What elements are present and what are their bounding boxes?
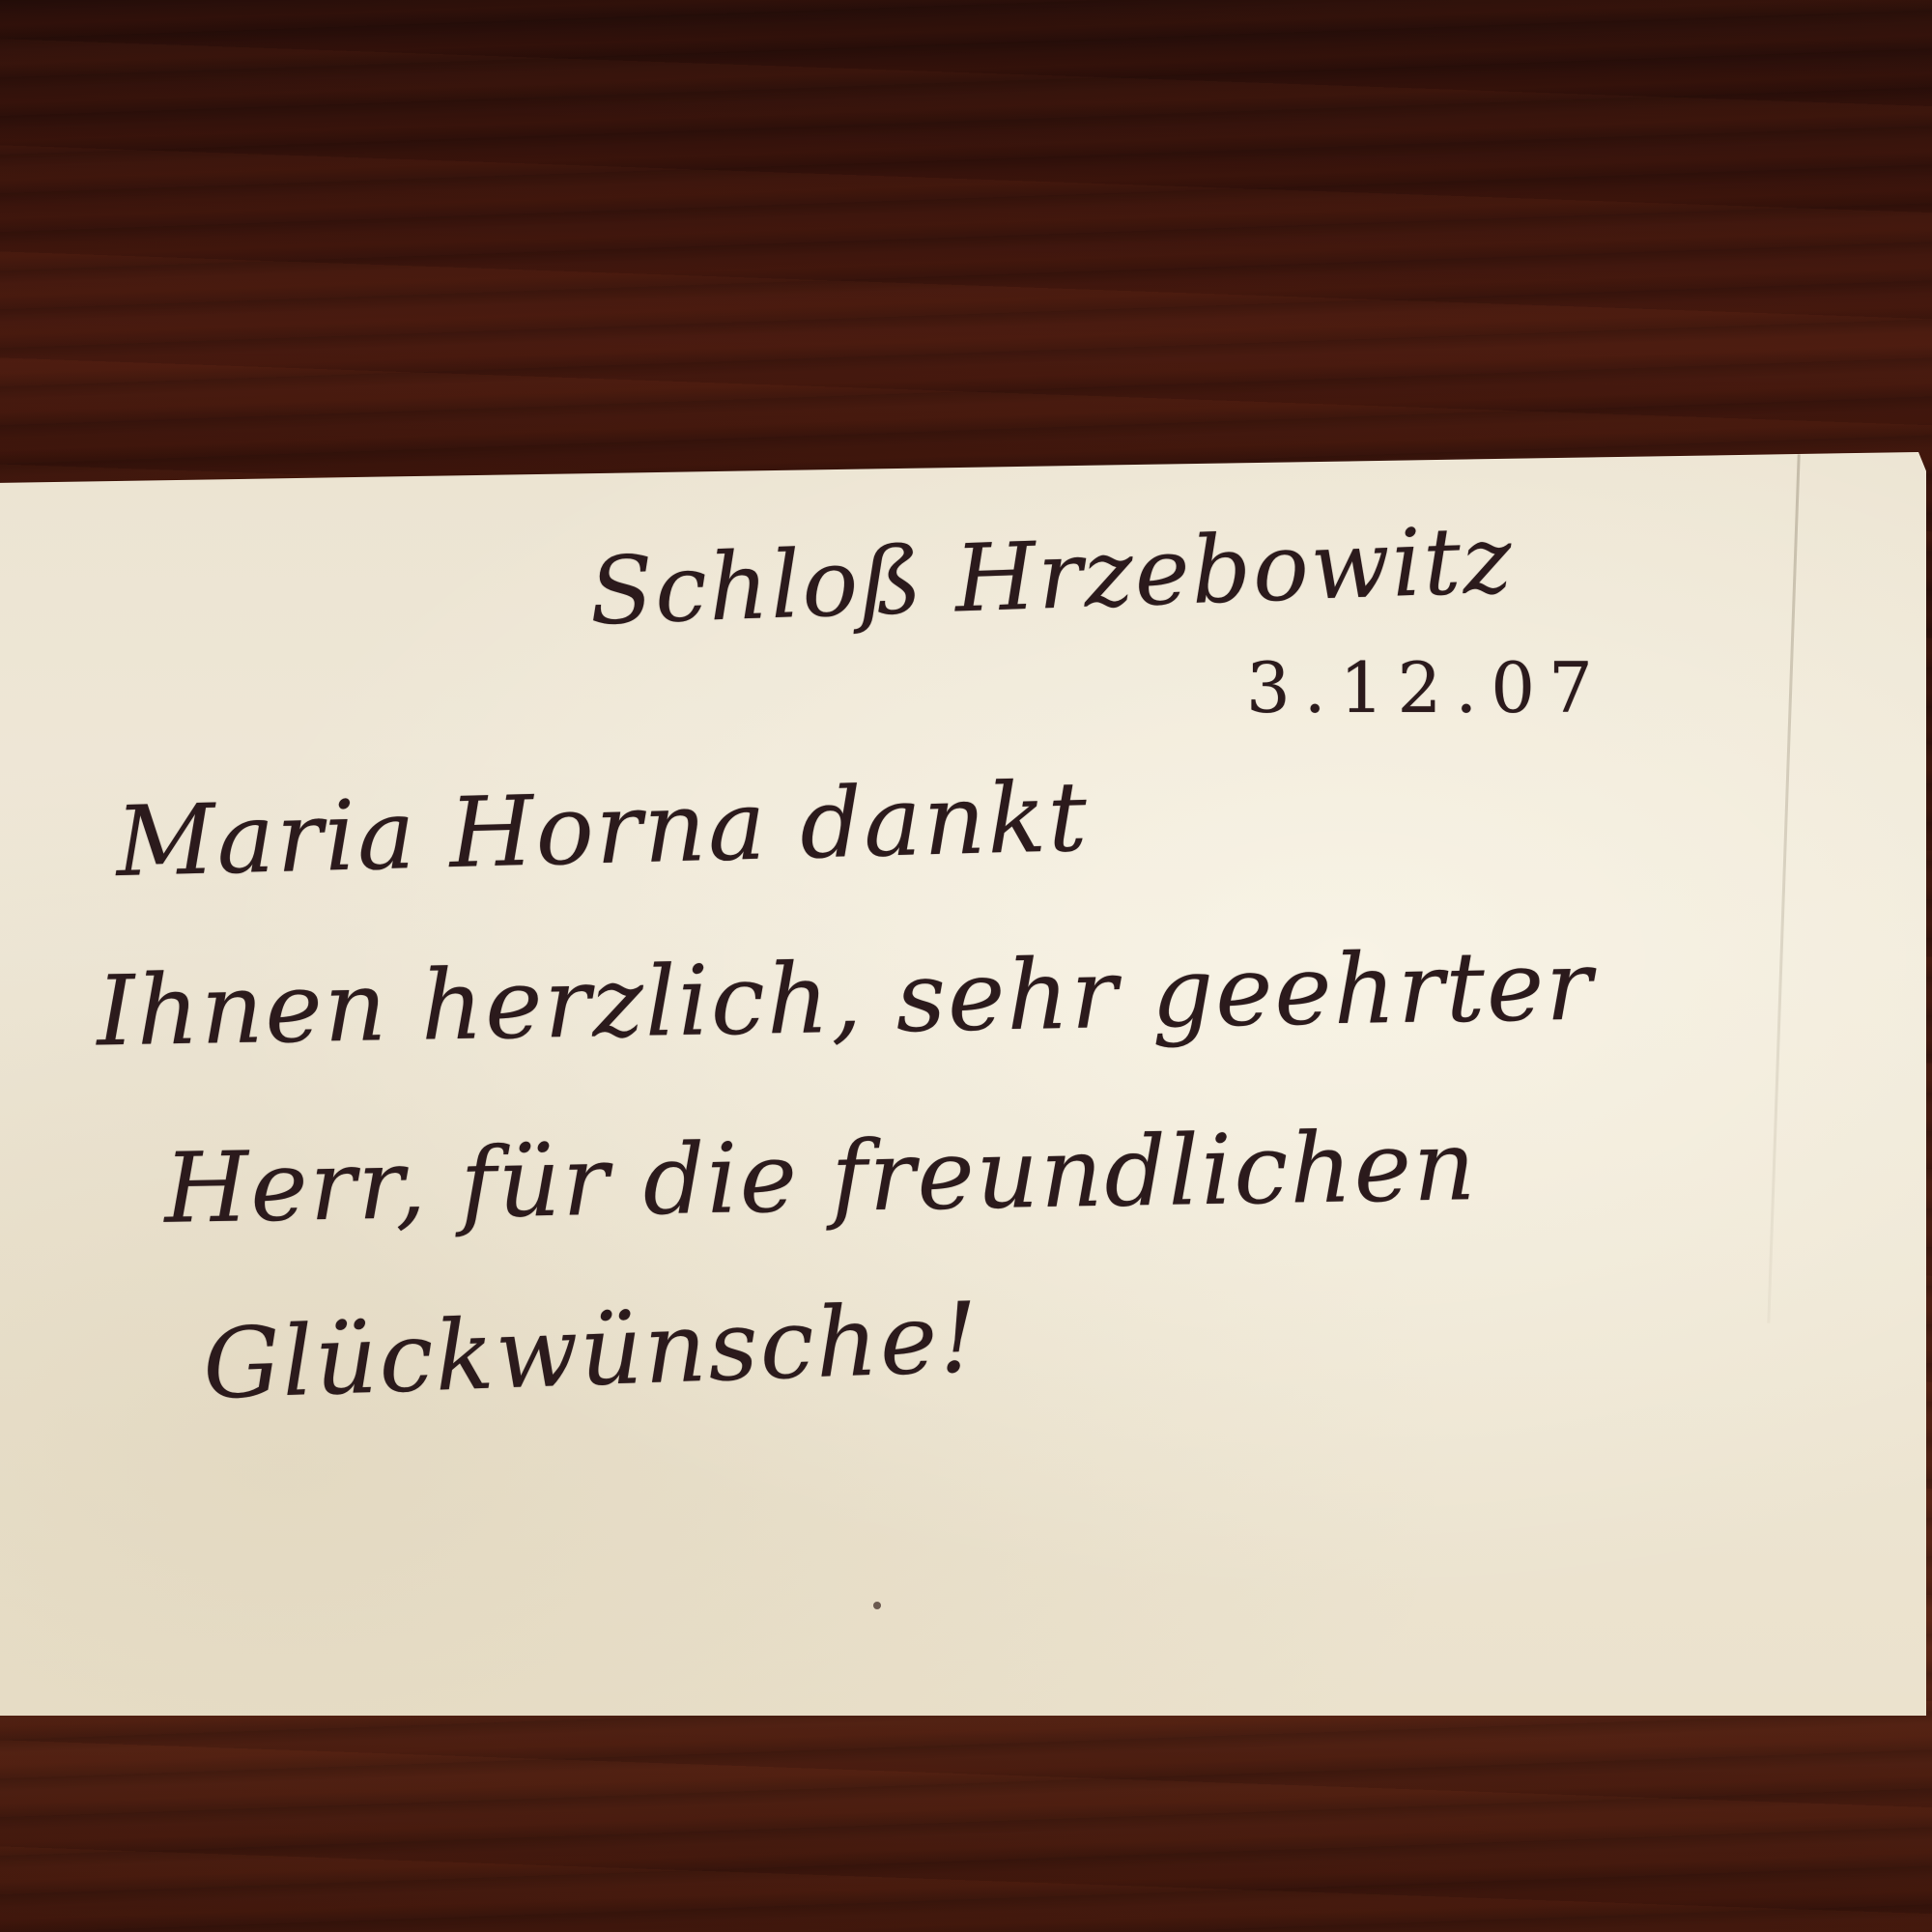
postcard [0,452,1926,1716]
body-line: Herr, für die freundlichen [163,1109,1478,1245]
postcard-date: 3.12.07 [1246,647,1606,728]
paper-spot [873,1602,881,1609]
